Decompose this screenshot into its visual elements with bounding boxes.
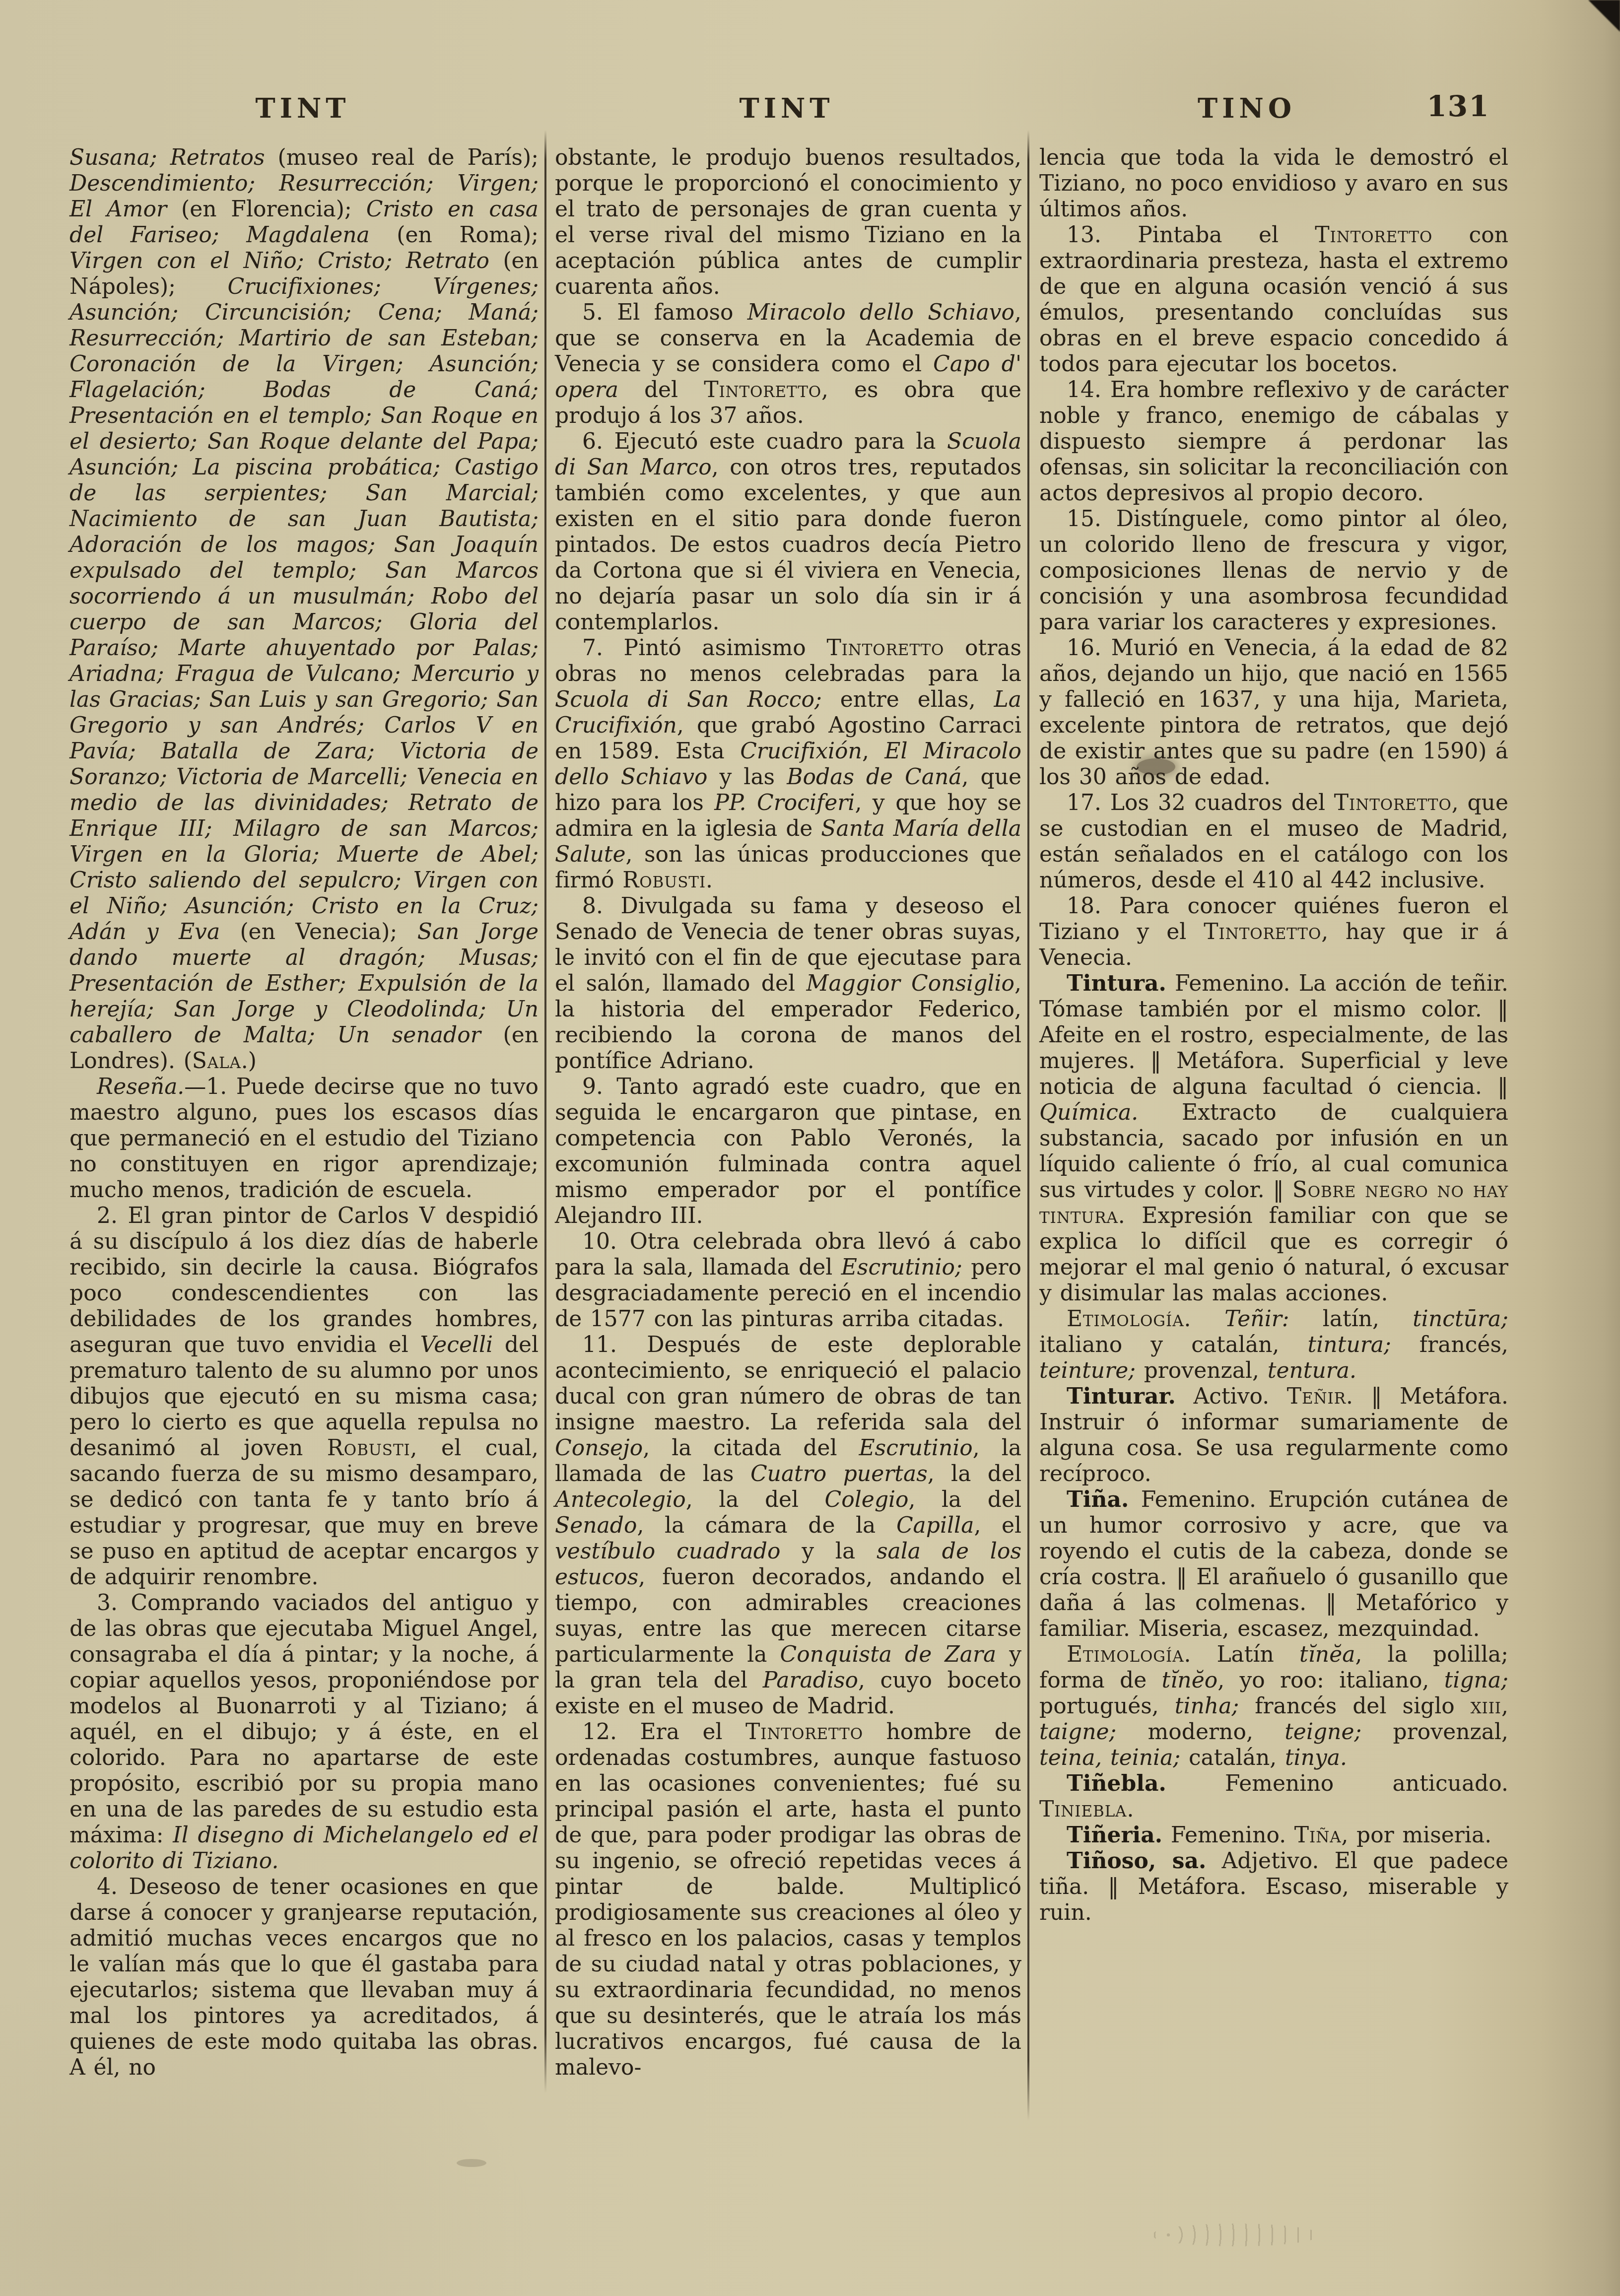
paragraph: 5. El famoso Miracolo dello Schiavo, que… [555, 300, 1021, 429]
running-head-col1: TINT [256, 92, 350, 124]
paragraph: 12. Era el Tintoretto hombre de ordenada… [555, 1719, 1021, 2081]
ink-smudge [1137, 758, 1175, 775]
paragraph: 7. Pintó asimismo Tintoretto otras obras… [555, 635, 1021, 893]
paragraph: Tintura. Femenino. La acción de teñir. T… [1039, 971, 1508, 1306]
paragraph: obstante, le produjo buenos resultados, … [555, 145, 1021, 300]
paragraph: 18. Para conocer quiénes fueron el Tizia… [1039, 893, 1508, 971]
paragraph: 8. Divulgada su fama y deseoso el Senado… [555, 893, 1021, 1074]
text-column-2: obstante, le produjo buenos resultados, … [555, 145, 1021, 2081]
paragraph: 6. Ejecutó este cuadro para la Scuola di… [555, 429, 1021, 635]
paragraph: Tinturar. Activo. Teñir. ‖ Metáfora. Ins… [1039, 1384, 1508, 1487]
paragraph: 14. Era hombre reflexivo y de carácter n… [1039, 377, 1508, 506]
paragraph: Etimología. Teñir: latín, tinctūra; ital… [1039, 1306, 1508, 1384]
paragraph: Tiñebla. Femenino anticuado. Tiniebla. [1039, 1771, 1508, 1823]
paragraph: Reseña.—1. Puede decirse que no tuvo mae… [69, 1074, 539, 1203]
column-divider-1 [544, 130, 546, 2093]
paragraph: 13. Pintaba el Tintoretto con extraordin… [1039, 222, 1508, 377]
paragraph: 15. Distínguele, como pintor al óleo, un… [1039, 506, 1508, 635]
paragraph: 3. Comprando vaciados del antiguo y de l… [69, 1590, 539, 1874]
paragraph: Tiñoso, sa. Adjetivo. El que padece tiña… [1039, 1848, 1508, 1926]
text-column-1: Susana; Retratos (museo real de París); … [69, 145, 539, 2081]
scan-noise [1151, 2224, 1320, 2246]
running-head-col3: TINO [1198, 92, 1296, 124]
ink-speck [457, 2159, 486, 2167]
scan-corner-mark [1588, 0, 1620, 32]
paragraph: 11. Después de este deplorable acontecim… [555, 1332, 1021, 1719]
paragraph: 2. El gran pintor de Carlos V despidió á… [69, 1203, 539, 1590]
paragraph: Susana; Retratos (museo real de París); … [69, 145, 539, 1074]
column-divider-2 [1027, 130, 1029, 2120]
paragraph: 16. Murió en Venecia, á la edad de 82 añ… [1039, 635, 1508, 790]
paragraph: 4. Deseoso de tener ocasiones en que dar… [69, 1874, 539, 2081]
paragraph: lencia que toda la vida le demostró el T… [1039, 145, 1508, 222]
page-number: 131 [1426, 89, 1489, 123]
text-column-3: lencia que toda la vida le demostró el T… [1039, 145, 1508, 1926]
paragraph: Tiñeria. Femenino. Tiña, por miseria. [1039, 1823, 1508, 1848]
book-page: TINT TINT TINO 131 Susana; Retratos (mus… [0, 0, 1620, 2296]
paragraph: Tiña. Femenino. Erupción cutánea de un h… [1039, 1487, 1508, 1642]
paragraph: Etimología. Latín tĭnĕa, la polilla; for… [1039, 1642, 1508, 1771]
paragraph: 10. Otra celebrada obra llevó á cabo par… [555, 1229, 1021, 1332]
paragraph: 9. Tanto agradó este cuadro, que en segu… [555, 1074, 1021, 1229]
paragraph: 17. Los 32 cuadros del Tintoretto, que s… [1039, 790, 1508, 893]
running-head-col2: TINT [740, 92, 834, 124]
